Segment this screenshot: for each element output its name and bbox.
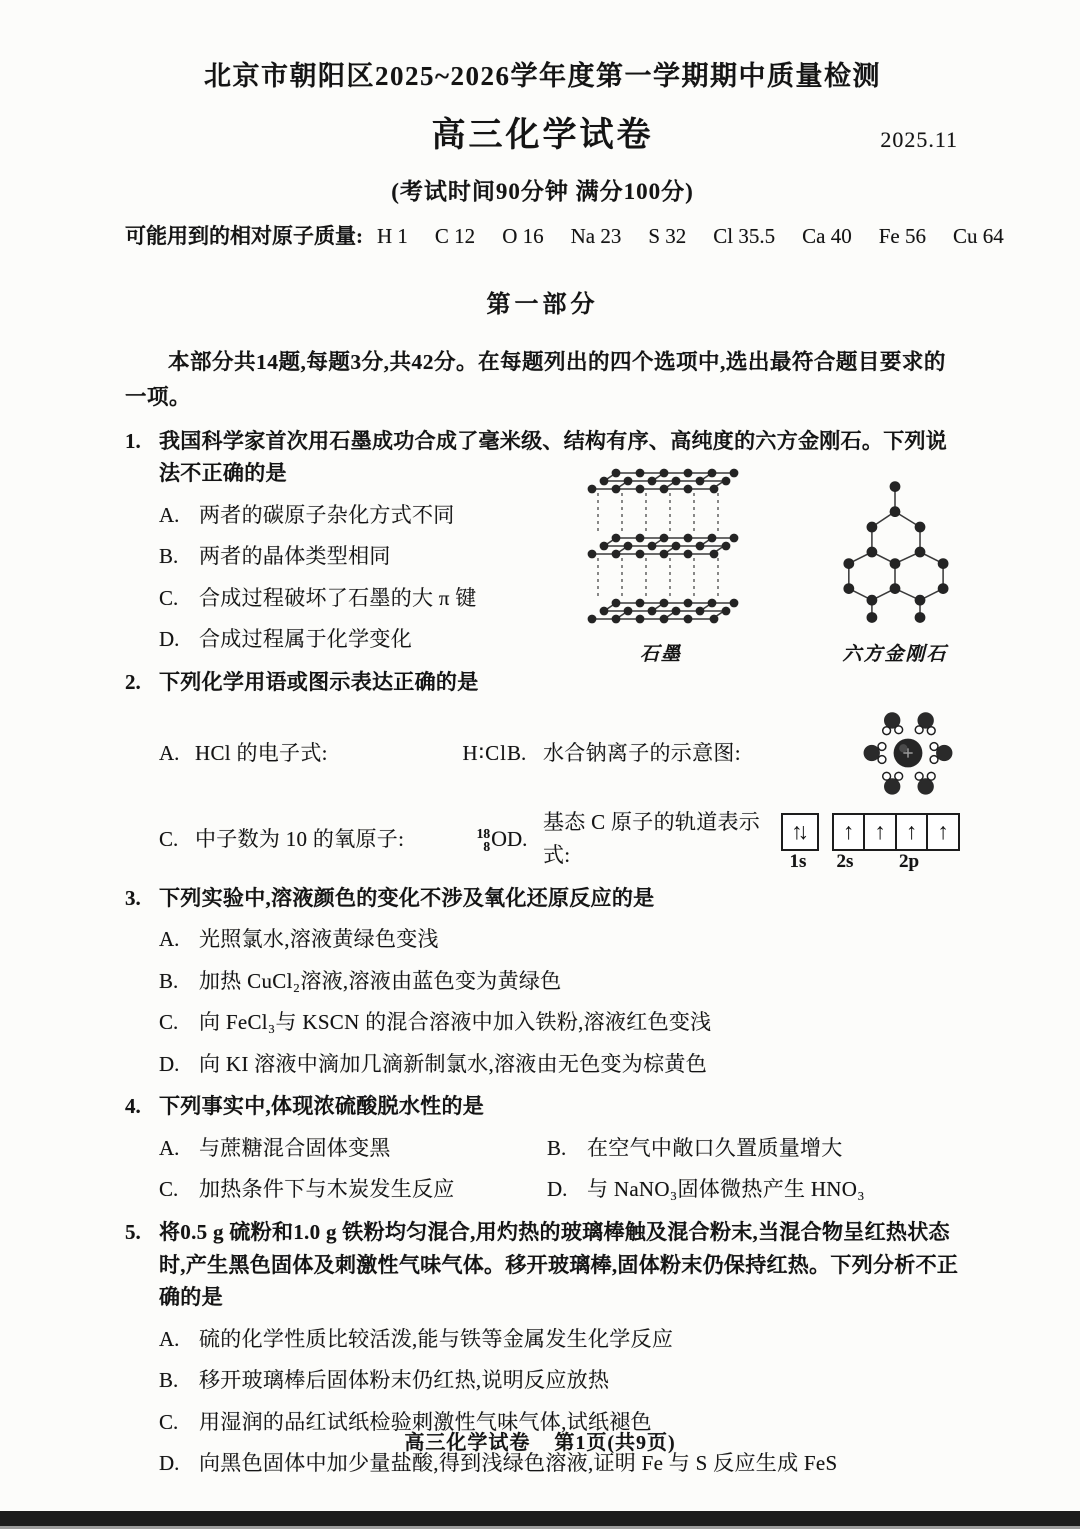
option-d: D. 向 KI 溶液中滴加几滴新制氯水,溶液由无色变为棕黄色	[159, 1048, 960, 1081]
question-3-stem-row: 3. 下列实验中,溶液颜色的变化不涉及氧化还原反应的是	[125, 882, 960, 915]
atomic-mass-line: 可能用到的相对原子质量:H 1C 12O 16Na 23S 32Cl 35.5C…	[125, 220, 960, 250]
option-label: C.	[159, 1006, 199, 1039]
question-number: 5.	[125, 1216, 159, 1314]
atomic-mass-item: C 12	[435, 224, 475, 248]
option-label: A.	[159, 1132, 199, 1165]
option-text: 向 KI 溶液中滴加几滴新制氯水,溶液由无色变为棕黄色	[199, 1048, 960, 1081]
option-label: B.	[507, 737, 543, 770]
question-2-stem-row: 2. 下列化学用语或图示表达正确的是	[125, 666, 960, 699]
question-number: 2.	[125, 666, 159, 699]
orbital-box-2p2: ↑	[895, 813, 929, 851]
atomic-mass-item: Cl 35.5	[713, 224, 775, 248]
question-4-row-cd: C. 加热条件下与木炭发生反应 D. 与 NaNO₃固体微热产生 HNO₃	[159, 1173, 960, 1206]
option-label: A.	[159, 499, 199, 532]
option-c: C. 加热条件下与木炭发生反应	[159, 1173, 547, 1206]
orbital-label-2p: 2p	[862, 852, 957, 873]
question-number: 3.	[125, 882, 159, 915]
atomic-mass-item: H 1	[377, 224, 408, 248]
option-text: 在空气中敞口久置质量增大	[587, 1132, 960, 1165]
option-label: B.	[547, 1132, 587, 1165]
orbital-box-2p1: ↑	[863, 813, 897, 851]
exam-duration-score: (考试时间90分钟 满分100分)	[125, 173, 960, 206]
question-stem: 下列实验中,溶液颜色的变化不涉及氧化还原反应的是	[159, 882, 960, 915]
option-text: 光照氯水,溶液黄绿色变浅	[199, 923, 960, 956]
question-stem: 下列事实中,体现浓硫酸脱水性的是	[159, 1090, 960, 1123]
option-label: C.	[159, 1173, 199, 1206]
question-2-row-ab: A. HCl 的电子式: H∶Cl B. 水合钠离子的示意图:	[159, 700, 960, 806]
option-label: C.	[159, 582, 199, 615]
isotope-proton-number: 8	[483, 840, 490, 854]
hydrated-sodium-ion-icon	[856, 700, 960, 806]
option-text: 与 NaNO₃固体微热产生 HNO₃	[587, 1173, 960, 1206]
question-2: 2. 下列化学用语或图示表达正确的是 A. HCl 的电子式: H∶Cl B. …	[125, 666, 960, 872]
atomic-mass-label: 可能用到的相对原子质量:	[125, 224, 363, 248]
option-label: B.	[159, 965, 199, 998]
question-4: 4. 下列事实中,体现浓硫酸脱水性的是 A. 与蔗糖混合固体变黑 B. 在空气中…	[125, 1090, 960, 1206]
footer-page-number: 第1页(共9页)	[554, 1432, 675, 1454]
paper-date: 2025.11	[880, 127, 958, 153]
option-text: 与蔗糖混合固体变黑	[199, 1132, 547, 1165]
orbital-box-2p3: ↑	[926, 813, 960, 851]
option-a: A. HCl 的电子式: H∶Cl	[159, 737, 507, 770]
option-d: D. 基态 C 原子的轨道表示式: ↑↓ ↑ ↑ ↑ ↑	[507, 806, 960, 871]
paper-title: 高三化学试卷	[125, 107, 960, 156]
option-d: D. 与 NaNO₃固体微热产生 HNO₃	[547, 1173, 960, 1206]
question-4-row-ab: A. 与蔗糖混合固体变黑 B. 在空气中敞口久置质量增大	[159, 1132, 960, 1165]
atomic-mass-item: S 32	[648, 224, 686, 248]
question-1: 1. 我国科学家首次用石墨成功合成了毫米级、结构有序、高纯度的六方金刚石。下列说…	[125, 425, 960, 656]
option-label: A.	[159, 1323, 199, 1356]
page-content: 北京市朝阳区2025~2026学年度第一学期期中质量检测 高三化学试卷 2025…	[125, 0, 960, 1480]
option-label: A.	[159, 923, 199, 956]
atomic-mass-item: Cu 64	[953, 224, 1004, 248]
orbital-label-2s: 2s	[829, 852, 862, 873]
option-c: C. 中子数为 10 的氧原子: 18 8 O	[159, 822, 507, 856]
paper-title-row: 高三化学试卷 2025.11	[125, 107, 960, 155]
graphite-caption: 石墨	[572, 640, 750, 669]
question-2-row-cd: C. 中子数为 10 的氧原子: 18 8 O D. 基态 C 原子的轨道表示式…	[159, 806, 960, 871]
option-text: 加热条件下与木炭发生反应	[199, 1173, 547, 1206]
atomic-mass-item: Ca 40	[802, 224, 852, 248]
option-b: B. 移开玻璃棒后固体粉末仍红热,说明反应放热	[159, 1364, 960, 1397]
hex-diamond-structure-figure: 六方金刚石	[826, 477, 964, 670]
option-text: 中子数为 10 的氧原子:	[195, 823, 469, 856]
graphite-structure-figure: 石墨	[572, 459, 750, 670]
isotope-symbol: O	[491, 822, 507, 856]
orbital-box-group: ↑ ↑ ↑ ↑	[832, 813, 961, 851]
option-a: A. 与蔗糖混合固体变黑	[159, 1132, 547, 1165]
orbital-label-1s: 1s	[781, 852, 816, 873]
option-label: D.	[159, 1048, 199, 1081]
isotope-mass-number: 18	[477, 827, 491, 841]
option-c: C. 向 FeCl₃与 KSCN 的混合溶液中加入铁粉,溶液红色变浅	[159, 1006, 960, 1039]
orbital-boxes: ↑↓ ↑ ↑ ↑ ↑	[781, 813, 961, 851]
option-a: A. 光照氯水,溶液黄绿色变浅	[159, 923, 960, 956]
atomic-mass-item: Fe 56	[879, 224, 926, 248]
option-label: D.	[547, 1173, 587, 1206]
option-a: A. 硫的化学性质比较活泼,能与铁等金属发生化学反应	[159, 1323, 960, 1356]
orbital-diagram: ↑↓ ↑ ↑ ↑ ↑ 1s 2s	[781, 813, 961, 873]
question-5-stem-row: 5. 将0.5 g 硫粉和1.0 g 铁粉均匀混合,用灼热的玻璃棒触及混合粉末,…	[125, 1216, 960, 1314]
question-3: 3. 下列实验中,溶液颜色的变化不涉及氧化还原反应的是 A. 光照氯水,溶液黄绿…	[125, 882, 960, 1081]
option-text: HCl 的电子式:	[195, 737, 453, 770]
graphite-structure-icon	[572, 459, 750, 629]
atomic-mass-item: O 16	[502, 224, 543, 248]
option-label: B.	[159, 540, 199, 573]
option-b: B. 在空气中敞口久置质量增大	[547, 1132, 960, 1165]
option-text: 移开玻璃棒后固体粉末仍红热,说明反应放热	[199, 1364, 960, 1397]
question-4-stem-row: 4. 下列事实中,体现浓硫酸脱水性的是	[125, 1090, 960, 1123]
option-label: C.	[159, 823, 195, 856]
exam-title-line: 北京市朝阳区2025~2026学年度第一学期期中质量检测	[125, 0, 960, 93]
question-number: 4.	[125, 1090, 159, 1123]
option-label: B.	[159, 1364, 199, 1397]
scan-edge-bar	[0, 1511, 1080, 1526]
footer-paper-name: 高三化学试卷	[404, 1432, 530, 1454]
section-title: 第一部分	[125, 284, 960, 319]
question-number: 1.	[125, 425, 159, 490]
option-text: 硫的化学性质比较活泼,能与铁等金属发生化学反应	[199, 1323, 960, 1356]
option-label: A.	[159, 737, 195, 770]
option-b: B. 加热 CuCl₂溶液,溶液由蓝色变为黄绿色	[159, 965, 960, 998]
question-1-figures: 石墨	[572, 459, 964, 670]
section-intro: 本部分共14题,每题3分,共42分。在每题列出的四个选项中,选出最符合题目要求的…	[125, 345, 960, 415]
orbital-box-2s: ↑	[832, 813, 866, 851]
question-stem: 将0.5 g 硫粉和1.0 g 铁粉均匀混合,用灼热的玻璃棒触及混合粉末,当混合…	[159, 1216, 960, 1314]
hex-diamond-caption: 六方金刚石	[826, 640, 964, 669]
atomic-mass-item: Na 23	[571, 224, 622, 248]
isotope-notation: 18 8	[477, 827, 491, 854]
option-text: 水合钠离子的示意图:	[543, 737, 852, 770]
question-stem: 下列化学用语或图示表达正确的是	[159, 666, 960, 699]
electron-formula: H∶Cl	[463, 737, 507, 770]
option-text: 基态 C 原子的轨道表示式:	[543, 806, 773, 871]
exam-paper-page: 北京市朝阳区2025~2026学年度第一学期期中质量检测 高三化学试卷 2025…	[0, 0, 1080, 1529]
orbital-labels: 1s 2s 2p	[781, 852, 961, 873]
question-5-options: A. 硫的化学性质比较活泼,能与铁等金属发生化学反应 B. 移开玻璃棒后固体粉末…	[159, 1323, 960, 1480]
option-text: 加热 CuCl₂溶液,溶液由蓝色变为黄绿色	[199, 965, 960, 998]
question-3-options: A. 光照氯水,溶液黄绿色变浅 B. 加热 CuCl₂溶液,溶液由蓝色变为黄绿色…	[159, 923, 960, 1080]
option-text: 向 FeCl₃与 KSCN 的混合溶液中加入铁粉,溶液红色变浅	[199, 1006, 960, 1039]
option-b: B. 水合钠离子的示意图:	[507, 700, 960, 806]
page-footer: 高三化学试卷 第1页(共9页)	[0, 1426, 1080, 1455]
option-label: D.	[159, 623, 199, 656]
option-label: D.	[507, 823, 543, 856]
orbital-box-1s: ↑↓	[781, 813, 819, 851]
orbital-label-gap	[816, 852, 829, 873]
hex-diamond-structure-icon	[826, 477, 964, 629]
